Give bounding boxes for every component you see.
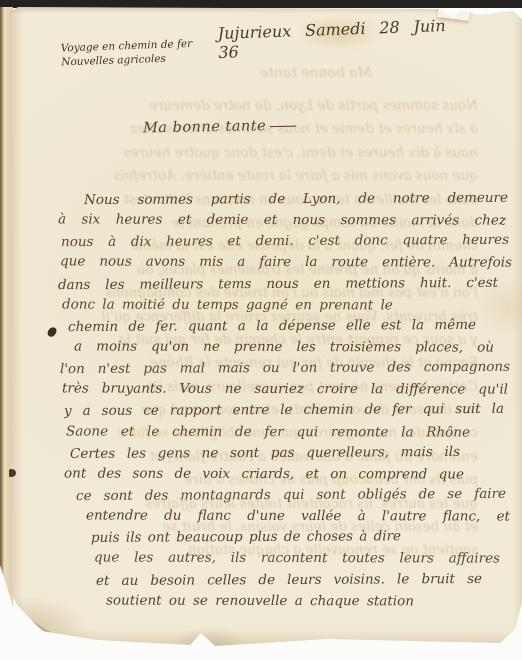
body-line: chemin de fer. quant a la dépense elle e…: [68, 315, 476, 338]
body-line: entendre du flanc d'une vallée à l'autre…: [86, 506, 510, 528]
body-line: et au besoin celles de leurs voisins. le…: [96, 569, 482, 592]
body-line: y a sous ce rapport entre le chemin de f…: [64, 399, 504, 422]
ink-blot: [46, 326, 57, 338]
margin-notes: Voyage en chemin de fer Nouvelles agrico…: [61, 37, 202, 70]
body-line: nous à dix heures et demi. c'est donc qu…: [61, 230, 509, 253]
letter-scan: Ma bonne tante Nous sommes partis de Lyo…: [0, 0, 522, 660]
body-line: que les autres, ils racontent toutes leu…: [94, 548, 500, 570]
body-line: ce sont des montagnards qui sont obligés…: [76, 484, 506, 507]
body-line: puis ils ont beaucoup plus de choses à d…: [91, 526, 419, 549]
body-line: a moins qu'on ne prenne les troisièmes p…: [74, 336, 494, 358]
body-line: que nous avons mis a faire la route enti…: [60, 252, 512, 274]
body-line: Certes les gens ne sont pas querelleurs,…: [70, 442, 460, 465]
scan-top-edge: [0, 0, 522, 8]
body-line: l'on n'est pas mal mais ou l'on trouve d…: [60, 357, 510, 380]
body-line: ont des sons de voix criards, et on comp…: [64, 463, 464, 485]
letter-body: Nous sommes partis de Lyon, de notre dem…: [58, 189, 512, 612]
salutation: Ma bonne tante: [143, 118, 296, 137]
body-line: donc la moitié du temps gagné en prenant…: [62, 294, 410, 316]
body-line: à six heures et demie et nous sommes arr…: [58, 210, 506, 232]
body-line: Nous sommes partis de Lyon, de notre dem…: [84, 188, 508, 211]
body-line: Saone et le chemin de fer qui remonte la…: [66, 421, 470, 443]
body-line: soutient ou se renouvelle a chaque stati…: [106, 590, 456, 612]
letter-paper: Ma bonne tante Nous sommes partis de Lyo…: [9, 7, 522, 649]
dateline: Jujurieux Samedi 28 Juin 36: [217, 16, 446, 62]
body-line: très bruyants. Vous ne sauriez croire la…: [62, 379, 508, 401]
ink-layer: Jujurieux Samedi 28 Juin 36 Voyage en ch…: [9, 7, 522, 649]
body-line: dans les meilleurs tems nous en mettions…: [58, 272, 498, 295]
